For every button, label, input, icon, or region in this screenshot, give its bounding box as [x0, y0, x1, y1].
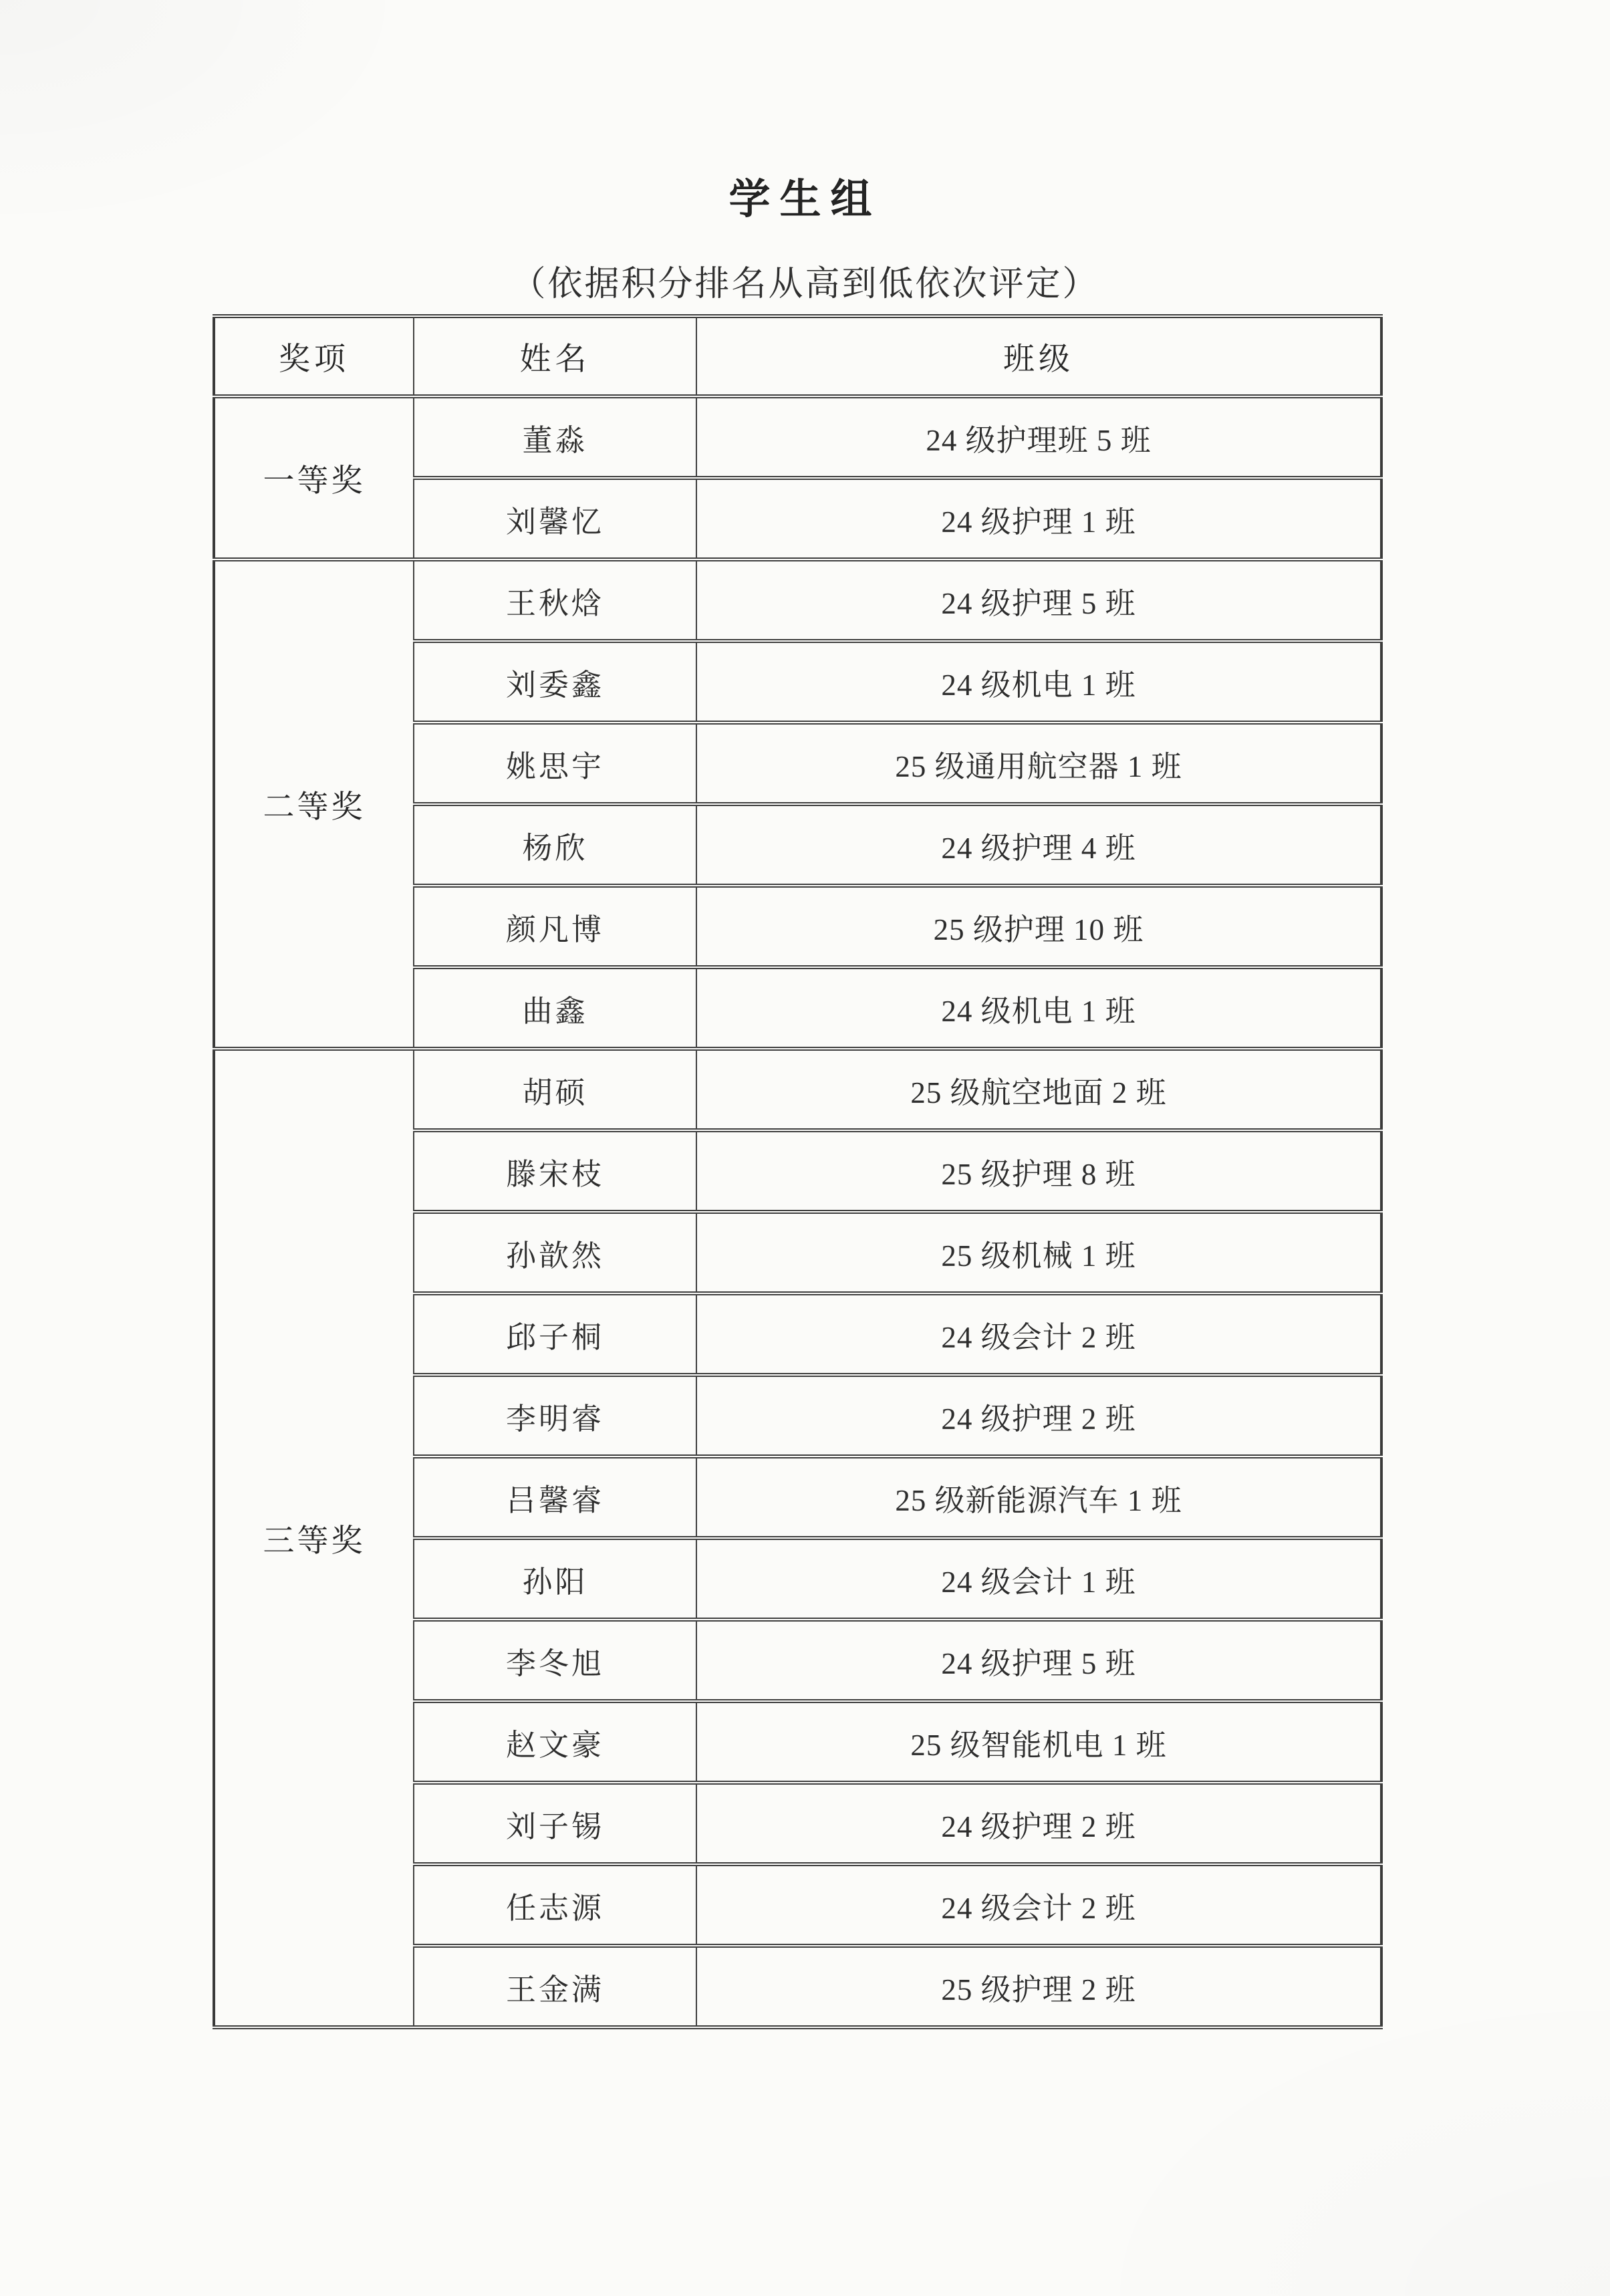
header-name: 姓名 [414, 316, 696, 396]
student-name-cell: 曲鑫 [414, 967, 696, 1049]
table-row: 三等奖胡硕25 级航空地面 2 班 [214, 1049, 1381, 1130]
student-name-cell: 刘子锡 [414, 1783, 696, 1864]
student-class-cell: 25 级新能源汽车 1 班 [696, 1456, 1381, 1538]
student-class-cell: 25 级护理 10 班 [696, 886, 1381, 967]
student-name-cell: 孙阳 [414, 1538, 696, 1620]
student-class-cell: 24 级护理 1 班 [696, 478, 1381, 559]
page-subtitle: （依据积分排名从高到低依次评定） [0, 255, 1610, 305]
student-name-cell: 颜凡博 [414, 886, 696, 967]
student-name-cell: 刘馨忆 [414, 478, 696, 559]
student-class-cell: 24 级护理 5 班 [696, 559, 1381, 641]
award-cell: 二等奖 [214, 559, 414, 1049]
student-class-cell: 25 级通用航空器 1 班 [696, 723, 1381, 804]
student-name-cell: 邱子桐 [414, 1293, 696, 1375]
table-row: 二等奖王秋焓24 级护理 5 班 [214, 559, 1381, 641]
student-name-cell: 胡硕 [414, 1049, 696, 1130]
header-award: 奖项 [214, 316, 414, 396]
student-class-cell: 25 级智能机电 1 班 [696, 1701, 1381, 1783]
table-row: 一等奖董淼24 级护理班 5 班 [214, 396, 1381, 478]
student-name-cell: 李冬旭 [414, 1620, 696, 1701]
student-name-cell: 王金满 [414, 1946, 696, 2027]
student-name-cell: 杨欣 [414, 804, 696, 886]
student-name-cell: 王秋焓 [414, 559, 696, 641]
student-name-cell: 滕宋枝 [414, 1130, 696, 1212]
award-cell: 一等奖 [214, 396, 414, 559]
page-title: 学生组 [0, 166, 1610, 225]
student-name-cell: 刘委鑫 [414, 641, 696, 723]
student-class-cell: 25 级护理 8 班 [696, 1130, 1381, 1212]
student-class-cell: 24 级会计 2 班 [696, 1864, 1381, 1946]
student-class-cell: 25 级护理 2 班 [696, 1946, 1381, 2027]
student-name-cell: 孙歆然 [414, 1212, 696, 1293]
student-class-cell: 24 级护理班 5 班 [696, 396, 1381, 478]
student-class-cell: 24 级机电 1 班 [696, 967, 1381, 1049]
student-class-cell: 24 级护理 4 班 [696, 804, 1381, 886]
student-name-cell: 赵文豪 [414, 1701, 696, 1783]
student-class-cell: 24 级机电 1 班 [696, 641, 1381, 723]
student-class-cell: 25 级机械 1 班 [696, 1212, 1381, 1293]
student-class-cell: 24 级护理 2 班 [696, 1375, 1381, 1456]
header-class: 班级 [696, 316, 1381, 396]
student-name-cell: 姚思宇 [414, 723, 696, 804]
student-class-cell: 25 级航空地面 2 班 [696, 1049, 1381, 1130]
table-body: 一等奖董淼24 级护理班 5 班刘馨忆24 级护理 1 班二等奖王秋焓24 级护… [214, 396, 1381, 2027]
scanned-page: 学生组 （依据积分排名从高到低依次评定） 奖项 姓名 班级 一等奖董淼24 级护… [0, 0, 1610, 2296]
award-table: 奖项 姓名 班级 一等奖董淼24 级护理班 5 班刘馨忆24 级护理 1 班二等… [213, 314, 1383, 2029]
award-cell: 三等奖 [214, 1049, 414, 2027]
student-class-cell: 24 级会计 1 班 [696, 1538, 1381, 1620]
student-name-cell: 吕馨睿 [414, 1456, 696, 1538]
student-class-cell: 24 级护理 5 班 [696, 1620, 1381, 1701]
student-name-cell: 董淼 [414, 396, 696, 478]
student-class-cell: 24 级会计 2 班 [696, 1293, 1381, 1375]
student-class-cell: 24 级护理 2 班 [696, 1783, 1381, 1864]
student-name-cell: 李明睿 [414, 1375, 696, 1456]
header-row: 奖项 姓名 班级 [214, 316, 1381, 396]
student-name-cell: 任志源 [414, 1864, 696, 1946]
